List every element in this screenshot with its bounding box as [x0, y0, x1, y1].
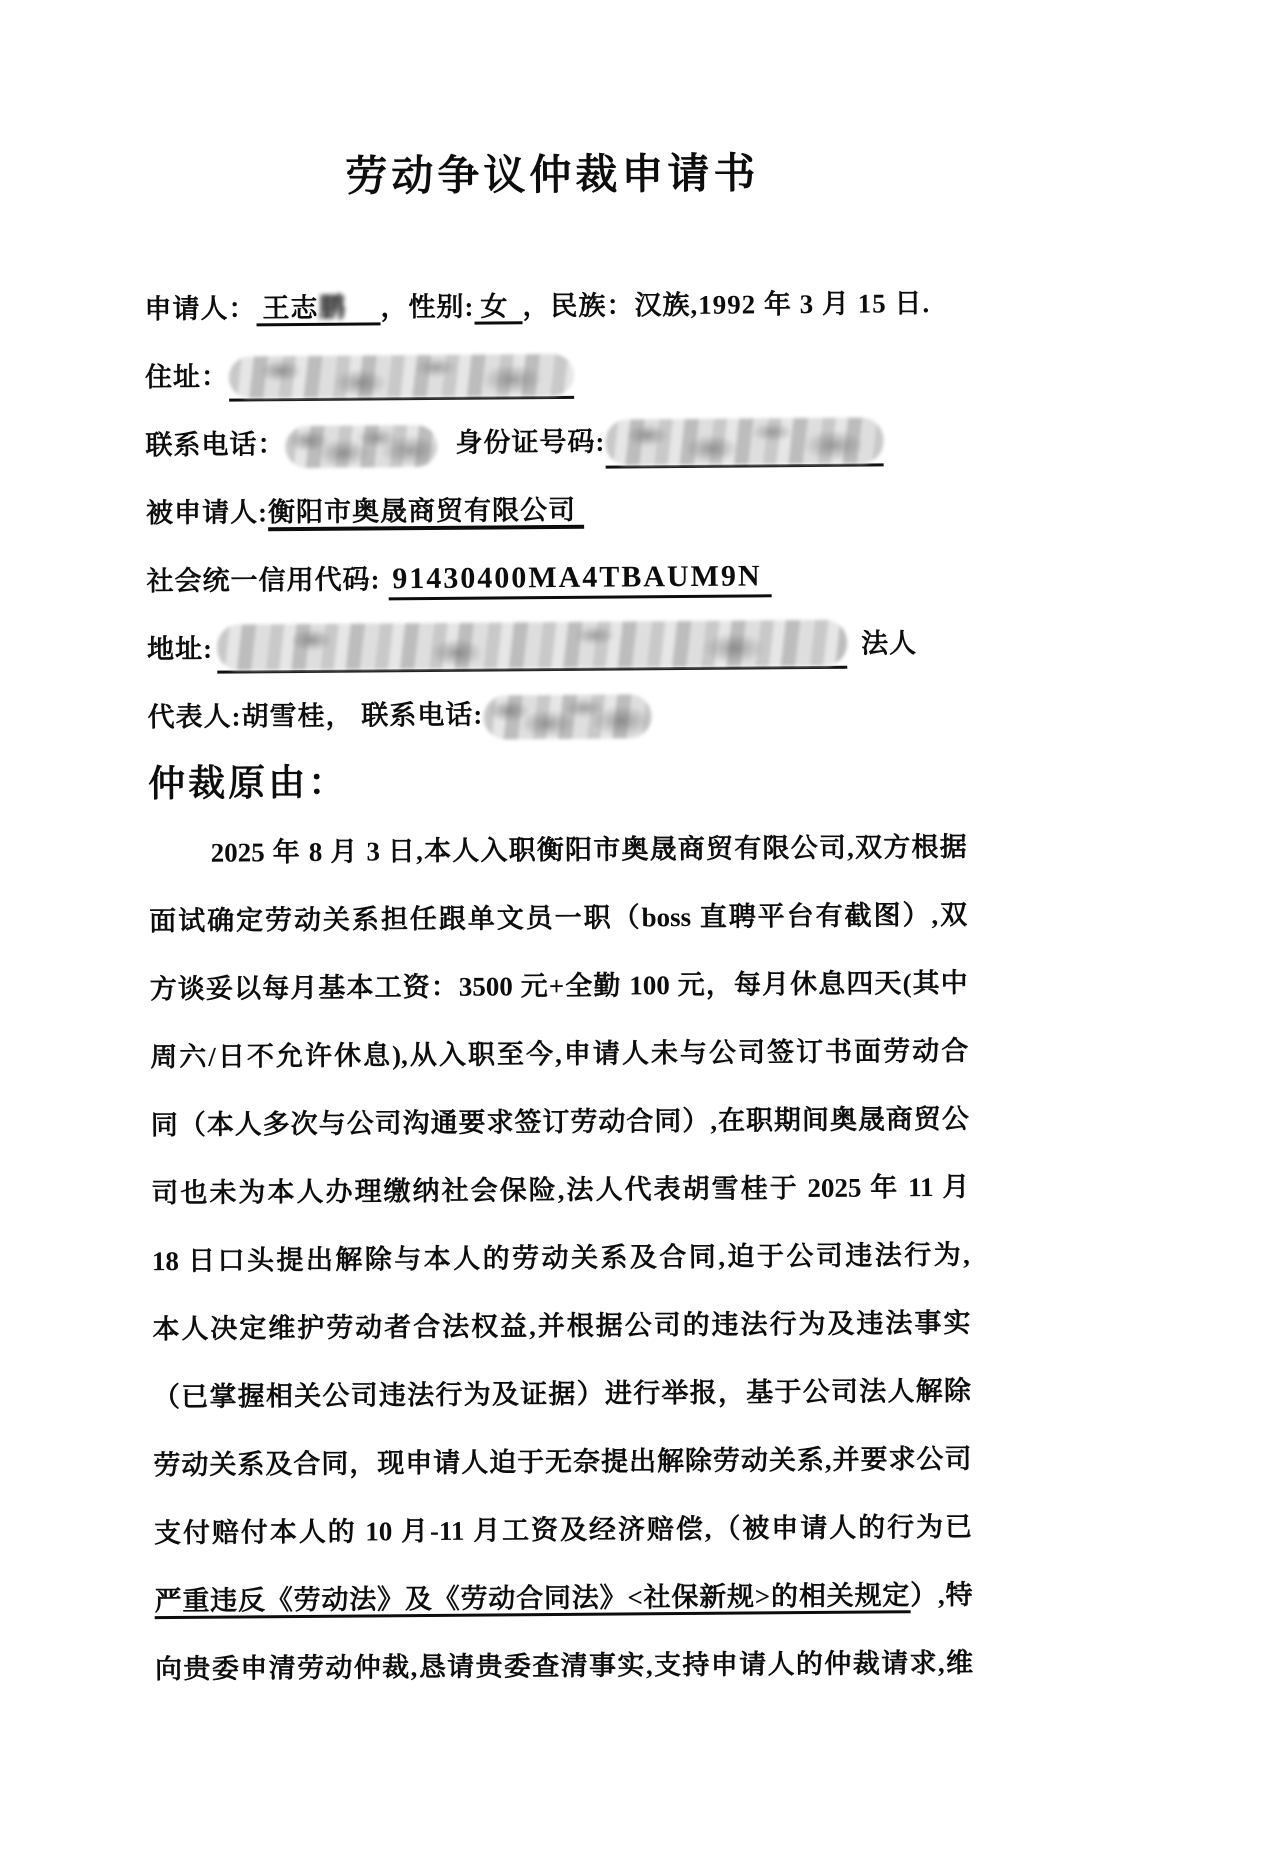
legal-rep-label: 代表人:胡雪桂， 联系电话:: [147, 700, 483, 733]
credit-code-label: 社会统一信用代码:: [146, 564, 380, 596]
separator: ，: [380, 292, 408, 322]
phone-label: 联系电话：: [145, 429, 285, 460]
redacted-id-number: [605, 418, 883, 466]
home-address-row: 住址：: [145, 337, 964, 411]
reason-line: 面试确定劳动关系担任跟单文员一职（boss 直聘平台有截图）,双: [149, 881, 968, 955]
applicant-name-clear: 王志: [262, 293, 318, 323]
reason-line-underlined: 严重违反《劳动法》及《劳动合同法》<社保新规>的相关规定）,特: [154, 1561, 973, 1635]
applicant-name: 王志鹏: [256, 292, 380, 326]
line-tail: ）,特: [910, 1580, 973, 1610]
redacted-phone: [285, 425, 437, 468]
applicant-name-smudged-char: 鹏: [318, 293, 346, 323]
respondent-row: 被申请人:衡阳市奥晟商贸有限公司: [146, 473, 965, 547]
ethnicity-label: 民族：: [550, 290, 634, 321]
reason-line: 向贵委申清劳动仲裁,恳请贵委查清事实,支持申请人的仲裁请求,维: [155, 1629, 974, 1703]
reason-line: 周六/日不允许休息),从入职至今,申请人未与公司签订书面劳动合: [150, 1017, 969, 1091]
company-address-row: 地址:法人: [147, 609, 966, 683]
credit-code-value: 91430400MA4TBAUM9N: [388, 559, 772, 600]
reason-line: 劳动关系及合同，现申请人迫于无奈提出解除劳动关系,并要求公司: [153, 1425, 972, 1499]
applicant-label: 申请人：: [144, 293, 256, 324]
reason-body: 2025 年 8 月 3 日,本人入职衡阳市奥晟商贸有限公司,双方根据 面试确定…: [148, 813, 973, 1703]
reason-line: 司也未为本人办理缴纳社会保险,法人代表胡雪桂于 2025 年 11 月: [151, 1153, 970, 1227]
redacted-rep-phone: [483, 694, 651, 739]
reason-line: 支付赔付本人的 10 月-11 月工资及经济赔偿,（被申请人的行为已: [154, 1493, 973, 1567]
company-address-underline: [217, 619, 847, 673]
ethnicity-birth-value: 汉族,1992 年 3 月 15 日.: [634, 288, 930, 320]
respondent-company: 衡阳市奥晟商贸有限公司: [268, 495, 584, 531]
document-sheet: 劳动争议仲裁申请书 申请人：王志鹏，性别:女，民族：汉族,1992 年 3 月 …: [142, 0, 973, 1703]
separator: ，: [522, 291, 550, 321]
reason-line: （已掌握相关公司违法行为及证据）进行举报，基于公司法人解除: [153, 1357, 972, 1431]
reason-line: 2025 年 8 月 3 日,本人入职衡阳市奥晟商贸有限公司,双方根据: [148, 813, 967, 887]
gender-value: 女: [474, 291, 522, 324]
legal-person-prefix: 法人: [861, 609, 918, 677]
redacted-home-address: [229, 354, 574, 399]
company-address-label: 地址:: [147, 615, 214, 684]
gender-label: 性别:: [408, 292, 474, 323]
underlined-law-reference: 严重违反《劳动法》及《劳动合同法》<社保新规>的相关规定: [154, 1580, 910, 1619]
arbitration-reason-heading: 仲裁原由：: [148, 745, 967, 819]
document-title: 劳动争议仲裁申请书: [143, 147, 961, 205]
reason-line: 同（本人多次与公司沟通要求签订劳动合同）,在职期间奥晟商贸公: [151, 1085, 970, 1159]
credit-code-row: 社会统一信用代码: 91430400MA4TBAUM9N: [146, 541, 965, 615]
reason-line: 方谈妥以每月基本工资：3500 元+全勤 100 元，每月休息四天(其中: [149, 949, 968, 1023]
respondent-label: 被申请人:: [146, 497, 268, 528]
applicant-row: 申请人：王志鹏，性别:女，民族：汉族,1992 年 3 月 15 日.: [144, 269, 963, 343]
redacted-company-address: [217, 619, 847, 670]
id-number-label: 身份证号码:: [455, 427, 605, 458]
scanned-document-page: 劳动争议仲裁申请书 申请人：王志鹏，性别:女，民族：汉族,1992 年 3 月 …: [0, 0, 1262, 1856]
home-address-label: 住址：: [145, 362, 229, 393]
reason-line: 本人决定维护劳动者合法权益,并根据公司的违法行为及违法事实: [152, 1289, 971, 1363]
home-address-underline: [229, 354, 574, 402]
legal-rep-row: 代表人:胡雪桂， 联系电话:: [147, 677, 966, 751]
id-number-underline: [605, 418, 883, 469]
contact-row: 联系电话：身份证号码:: [145, 405, 964, 479]
reason-line: 18 日口头提出解除与本人的劳动关系及合同,迫于公司违法行为,: [152, 1221, 971, 1295]
